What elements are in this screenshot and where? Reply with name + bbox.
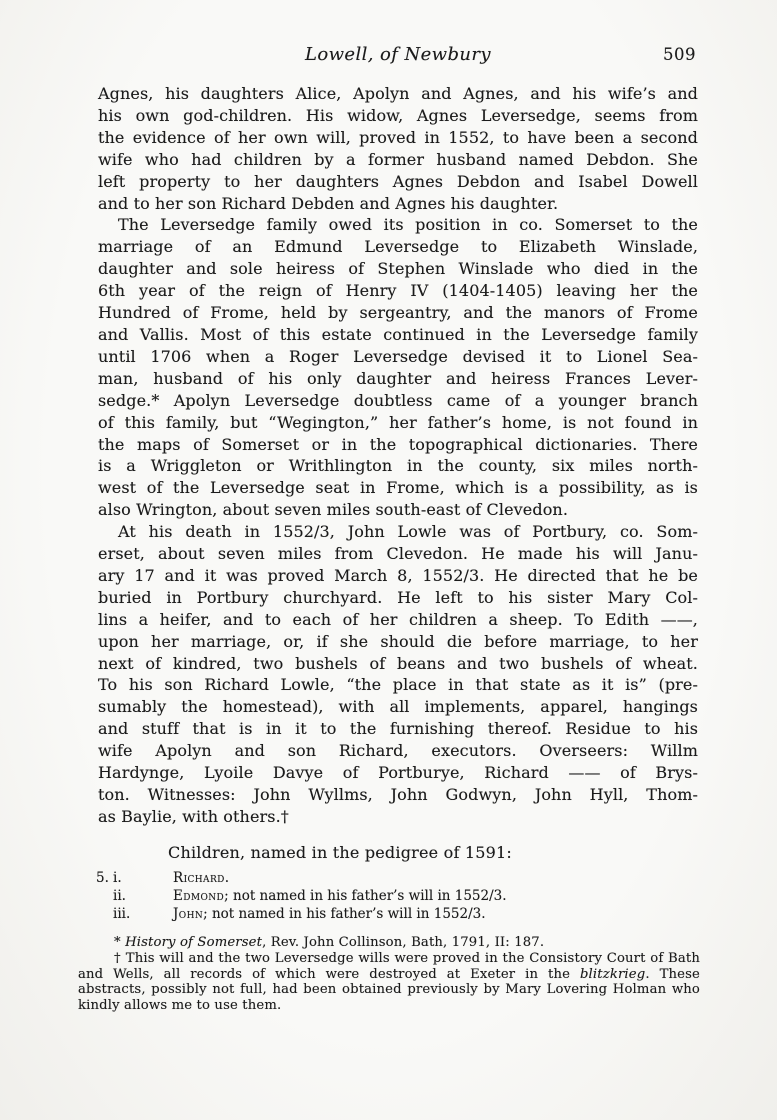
text-line: buried in Portbury churchyard. He left t… (98, 587, 698, 609)
child-detail: . (225, 870, 229, 886)
text-line: Agnes, his daughters Alice, Apolyn and A… (98, 83, 698, 105)
paragraph: Agnes, his daughters Alice, Apolyn and A… (98, 83, 698, 214)
text-line: sumably the homestead), with all impleme… (98, 696, 698, 718)
child-text: Richard. (173, 869, 229, 887)
text-line: upon her marriage, or, if she should die… (98, 631, 698, 653)
footnote-italic-text: blitzkrieg (580, 967, 645, 982)
text-line: ary 17 and it was proved March 8, 1552/3… (98, 565, 698, 587)
child-entry: ii.Edmond; not named in his father’s wil… (96, 887, 700, 905)
text-line: man, husband of his only daughter and he… (98, 368, 698, 390)
text-line: west of the Leversedge seat in Frome, wh… (98, 477, 698, 499)
footnote-marker: * (114, 935, 121, 950)
text-line: until 1706 when a Roger Leversedge devis… (98, 346, 698, 368)
child-name: John (173, 906, 203, 922)
running-header-title: Lowell, of Newbury (98, 44, 698, 65)
text-line: and to her son Richard Debden and Agnes … (98, 193, 698, 215)
text-line: as Baylie, with others.† (98, 806, 698, 828)
footnote-italic-text: History of Somerset (125, 935, 262, 950)
text-line: At his death in 1552/3, John Lowle was o… (98, 521, 698, 543)
child-numeral: ii. (113, 887, 173, 905)
book-page: Lowell, of Newbury 509 Agnes, his daught… (0, 0, 777, 1120)
text-line: To his son Richard Lowle, “the place in … (98, 674, 698, 696)
page-number: 509 (663, 45, 696, 64)
footnote: † This will and the two Leversedge wills… (78, 951, 700, 1014)
text-line: the evidence of her own will, proved in … (98, 127, 698, 149)
generation-number: 5. (96, 869, 113, 887)
text-line: sedge.* Apolyn Leversedge doubtless came… (98, 390, 698, 412)
child-text: John; not named in his father’s will in … (173, 905, 486, 923)
text-line: marriage of an Edmund Leversedge to Eliz… (98, 236, 698, 258)
child-detail: ; not named in his father’s will in 1552… (224, 888, 506, 904)
footnotes: * History of Somerset, Rev. John Collins… (78, 935, 700, 1014)
text-line: the maps of Somerset or in the topograph… (98, 434, 698, 456)
text-line: lins a heifer, and to each of her childr… (98, 609, 698, 631)
text-line: is a Wriggleton or Writhlington in the c… (98, 455, 698, 477)
text-line: erset, about seven miles from Clevedon. … (98, 543, 698, 565)
text-line: ton. Witnesses: John Wyllms, John Godwyn… (98, 784, 698, 806)
text-line: wife Apolyn and son Richard, executors. … (98, 740, 698, 762)
text-line: next of kindred, two bushels of beans an… (98, 653, 698, 675)
body-text: Agnes, his daughters Alice, Apolyn and A… (98, 83, 698, 828)
text-line: and stuff that is in it to the furnishin… (98, 718, 698, 740)
child-numeral: iii. (113, 905, 173, 923)
text-line: also Wrington, about seven miles south-e… (98, 499, 698, 521)
text-line: The Leversedge family owed its position … (98, 214, 698, 236)
children-list: 5.i.Richard.ii.Edmond; not named in his … (96, 869, 700, 924)
paragraph: The Leversedge family owed its position … (98, 214, 698, 521)
child-detail: ; not named in his father’s will in 1552… (203, 906, 485, 922)
child-entry: iii.John; not named in his father’s will… (96, 905, 700, 923)
text-line: Hundred of Frome, held by sergeantry, an… (98, 302, 698, 324)
text-line: and Vallis. Most of this estate continue… (98, 324, 698, 346)
text-line: Hardynge, Lyoile Davye of Portburye, Ric… (98, 762, 698, 784)
footnote-text: , Rev. John Collinson, Bath, 1791, II: 1… (262, 935, 544, 950)
child-numeral: i. (113, 869, 173, 887)
text-line: wife who had children by a former husban… (98, 149, 698, 171)
text-line: his own god-children. His widow, Agnes L… (98, 105, 698, 127)
footnote: * History of Somerset, Rev. John Collins… (78, 935, 700, 951)
text-line: of this family, but “Wegington,” her fat… (98, 412, 698, 434)
children-section: Children, named in the pedigree of 1591:… (96, 843, 700, 924)
generation-number (96, 905, 113, 923)
text-line: daughter and sole heiress of Stephen Win… (98, 258, 698, 280)
child-text: Edmond; not named in his father’s will i… (173, 887, 507, 905)
paragraph: At his death in 1552/3, John Lowle was o… (98, 521, 698, 828)
text-line: left property to her daughters Agnes Deb… (98, 171, 698, 193)
child-name: Richard (173, 870, 225, 886)
child-entry: 5.i.Richard. (96, 869, 700, 887)
text-line: 6th year of the reign of Henry IV (1404-… (98, 280, 698, 302)
children-heading: Children, named in the pedigree of 1591: (168, 843, 700, 862)
generation-number (96, 887, 113, 905)
running-header: Lowell, of Newbury 509 (98, 44, 698, 68)
footnote-marker: † (114, 951, 121, 966)
child-name: Edmond (173, 888, 224, 904)
